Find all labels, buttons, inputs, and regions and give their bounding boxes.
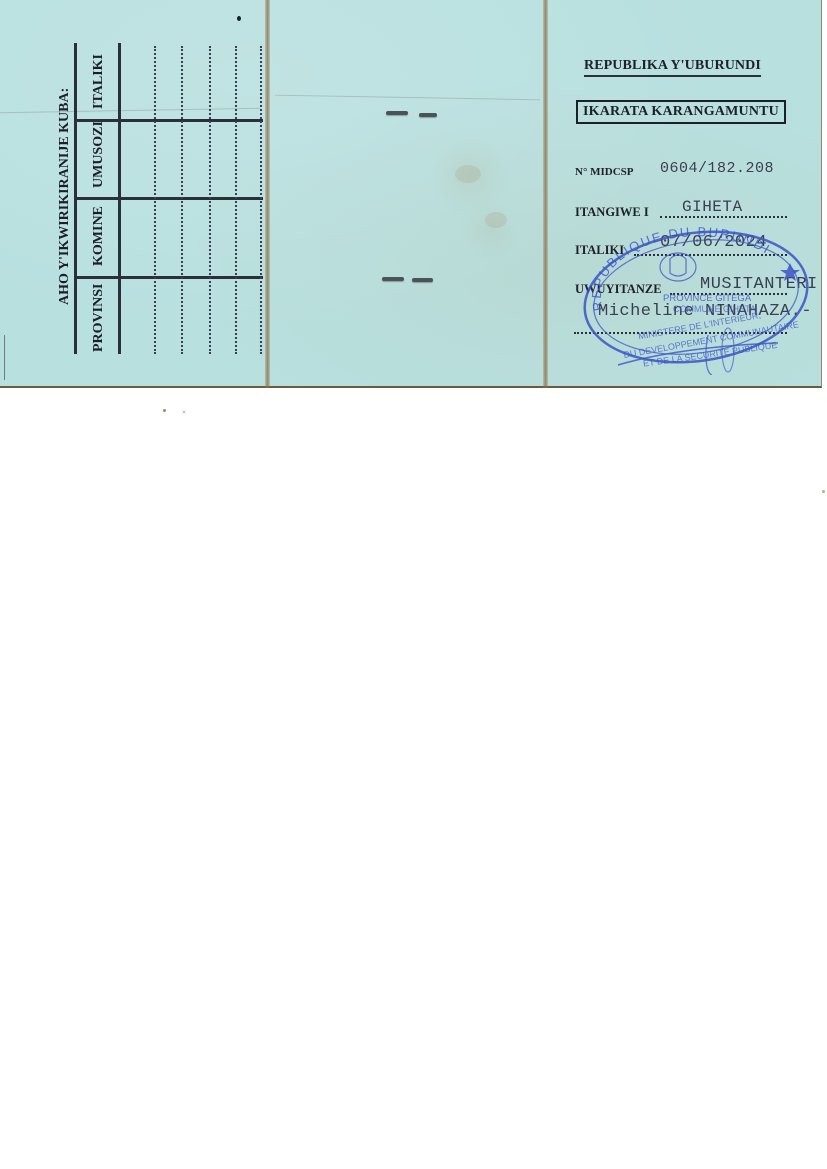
number-label: N° MIDCSP (575, 166, 633, 178)
number-value: 0604/182.208 (660, 160, 774, 177)
ink-speck (237, 16, 241, 21)
table-row-line (181, 46, 183, 354)
country-heading: REPUBLIKA Y'UBURUNDI (584, 58, 761, 77)
svg-text:PROVINCE GITEGA: PROVINCE GITEGA (663, 293, 752, 304)
table-row-line (209, 46, 211, 354)
table-row-line (260, 46, 262, 354)
column-header-umusozi: UMUSOZI (91, 121, 107, 188)
column-header-provinsi: PROVINSI (91, 284, 107, 352)
staple-icon (419, 113, 437, 117)
column-header-komine: KOMINE (91, 206, 107, 266)
dirt-speck (485, 212, 507, 228)
staple-icon (412, 278, 433, 282)
residence-table-panel: AHO Y'IKWIRIKIRANIJE KUBA: PROVINSI KOMI… (0, 0, 267, 388)
scan-speck (183, 411, 185, 413)
table-row-line (235, 46, 237, 354)
dirt-speck (455, 165, 481, 183)
id-card-scan: AHO Y'IKWIRIKIRANIJE KUBA: PROVINSI KOMI… (0, 0, 822, 388)
scan-speck (822, 490, 825, 493)
field-line (660, 216, 787, 218)
scan-speck (163, 409, 166, 412)
column-header-italiki: ITALIKI (91, 54, 107, 109)
table-row-line (154, 46, 156, 354)
staple-icon (382, 277, 404, 281)
card-title-box: IKARATA KARANGAMUNTU (576, 100, 786, 124)
fold-line-right (543, 0, 548, 388)
field-label-itangiwe: ITANGIWE I (575, 205, 649, 220)
staple-icon (386, 111, 408, 115)
field-value-place: GIHETA (682, 198, 743, 216)
official-stamp-icon: REPUBLIQUE DU BURUNDI PROVINCE GITEGA CO… (578, 225, 814, 375)
crease (275, 95, 540, 101)
residence-title: AHO Y'IKWIRIKIRANIJE KUBA: (57, 88, 73, 305)
